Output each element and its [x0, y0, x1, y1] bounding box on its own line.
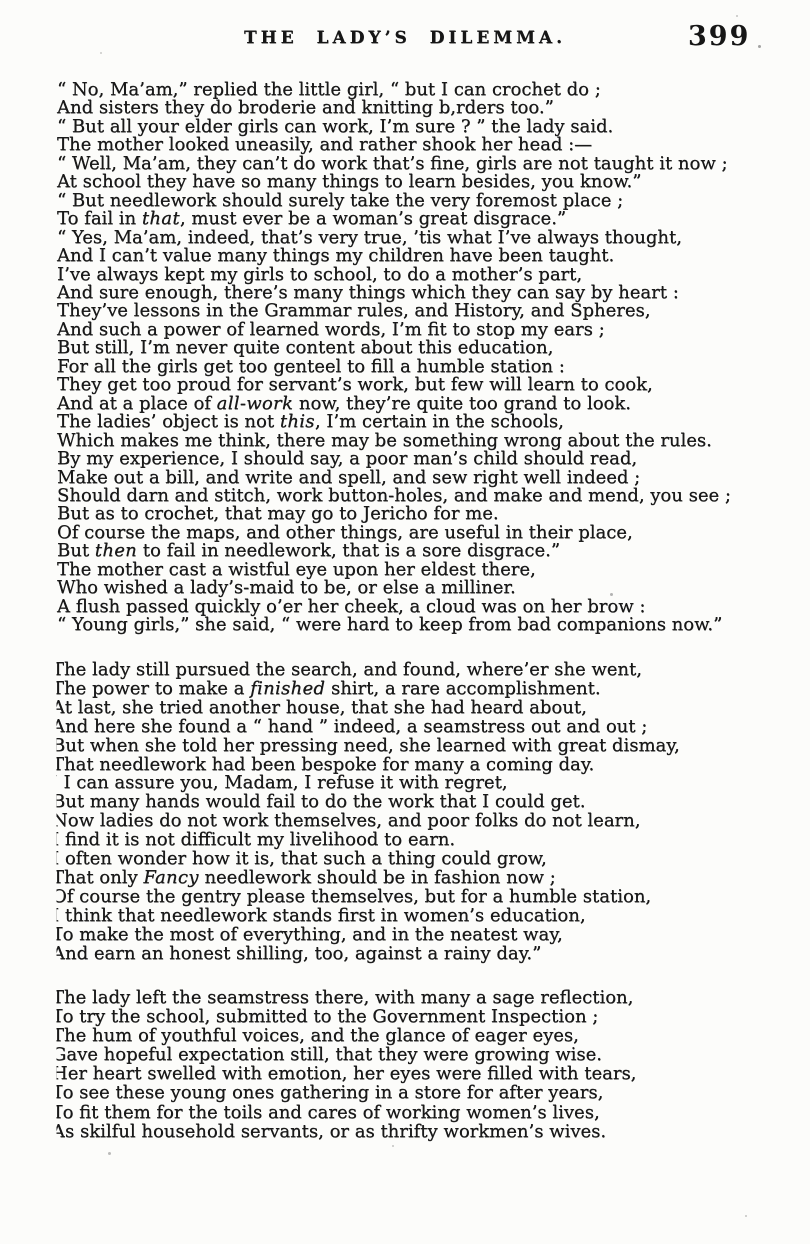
poem-line: At last, she tried another house, that s…: [52, 699, 680, 718]
ink-speck: [736, 15, 738, 17]
clipped-first-letter: B: [52, 735, 65, 756]
ink-speck: [745, 1215, 747, 1217]
clipped-first-letter: A: [52, 697, 65, 718]
clipped-first-letter: A: [52, 716, 65, 737]
poem-line: The lady left the seamstress there, with…: [52, 988, 636, 1007]
clipped-first-letter: A: [52, 1121, 65, 1142]
clipped-first-letter: G: [52, 1044, 66, 1065]
ink-speck: [610, 593, 613, 596]
clipped-first-letter: T: [52, 678, 64, 699]
poem-line: As skilful household servants, or as thr…: [52, 1122, 636, 1141]
clipped-first-letter: B: [52, 791, 65, 812]
scanned-page: THE LADY’S DILEMMA. 399 “ No, Ma’am,” re…: [0, 0, 810, 1244]
clipped-first-letter: I: [52, 905, 59, 926]
poem-line: To fail in that, must ever be a woman’s …: [57, 210, 731, 228]
clipped-first-letter: T: [52, 1082, 63, 1103]
ink-speck: [758, 45, 761, 48]
page-number: 399: [688, 21, 750, 52]
stanza-1: “ No, Ma’am,” replied the little girl, “…: [57, 81, 731, 635]
poem-line: To fit them for the toils and cares of w…: [52, 1103, 636, 1122]
poem-line: By my experience, I should say, a poor m…: [57, 450, 731, 468]
poem-line: Gave hopeful expectation still, that the…: [52, 1045, 636, 1064]
clipped-first-letter: T: [52, 867, 64, 888]
poem-line: And earn an honest shilling, too, agains…: [52, 945, 680, 964]
poem-line: The power to make a finished shirt, a ra…: [52, 680, 680, 699]
stanza-2: The lady still pursued the search, and f…: [52, 661, 680, 964]
stanza-3: The lady left the seamstress there, with…: [52, 988, 636, 1141]
clipped-first-letter: N: [52, 810, 68, 831]
poem-line: But then to fail in needlework, that is …: [57, 542, 731, 560]
clipped-first-letter: A: [52, 943, 65, 964]
poem-line: Of course the gentry please themselves, …: [52, 888, 680, 907]
poem-line: They get too proud for servant’s work, b…: [57, 376, 731, 394]
poem-line: At school they have so many things to le…: [57, 173, 731, 191]
clipped-first-letter: I: [52, 848, 59, 869]
ink-speck: [392, 1145, 394, 1147]
poem-line: But when she told her pressing need, she…: [52, 737, 680, 756]
poem-line: The ladies’ object is not this, I’m cert…: [57, 413, 731, 431]
poem-line: I think that needlework stands first in …: [52, 907, 680, 926]
clipped-first-letter: T: [52, 659, 64, 680]
clipped-first-letter: I: [52, 829, 59, 850]
clipped-first-letter: T: [52, 754, 64, 775]
poem-line: To see these young ones gathering in a s…: [52, 1083, 636, 1102]
ink-speck: [108, 1152, 111, 1155]
clipped-first-letter: T: [52, 1006, 63, 1027]
clipped-first-letter: T: [52, 1102, 63, 1123]
poem-line: And I can’t value many things my childre…: [57, 247, 731, 265]
clipped-first-letter: T: [52, 1025, 64, 1046]
clipped-first-letter: T: [52, 924, 63, 945]
clipped-first-letter: T: [52, 987, 64, 1008]
poem-line: “ Young girls,” she said, “ were hard to…: [57, 616, 731, 634]
ink-speck: [100, 52, 102, 54]
clipped-first-letter: ‘: [52, 772, 58, 793]
poem-line: To try the school, submitted to the Gove…: [52, 1007, 636, 1026]
poem-line: To make the most of everything, and in t…: [52, 926, 680, 945]
clipped-first-letter: H: [52, 1063, 68, 1084]
poem-line: The hum of youthful voices, and the glan…: [52, 1026, 636, 1045]
clipped-first-letter: O: [52, 886, 67, 907]
poem-line: And here she found a “ hand ” indeed, a …: [52, 718, 680, 737]
poem-line: Her heart swelled with emotion, her eyes…: [52, 1064, 636, 1083]
poem-line: Who wished a lady’s-maid to be, or else …: [57, 579, 731, 597]
